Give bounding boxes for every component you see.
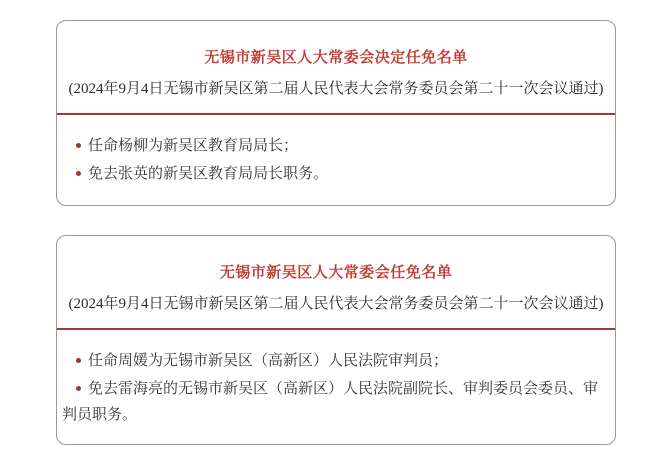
bullet-icon (76, 143, 81, 148)
list-item-text: 任命杨柳为新吴区教育局局长； (88, 137, 298, 154)
appointment-notice-card-2: 无锡市新吴区人大常委会任免名单 (2024年9月4日无锡市新吴区第二届人民代表大… (56, 235, 616, 445)
list-item-text: 免去雷海亮的无锡市新吴区（高新区）人民法院副院长、审判委员会委员、审判员职务。 (62, 380, 598, 423)
card-1-item-list: 任命杨柳为新吴区教育局局长； 免去张英的新吴区教育局局长职务。 (57, 133, 615, 187)
bullet-icon (76, 171, 81, 176)
bullet-icon (76, 358, 81, 363)
list-item: 任命杨柳为新吴区教育局局长； (62, 133, 601, 159)
card-2-subtitle: (2024年9月4日无锡市新吴区第二届人民代表大会常务委员会第二十一次会议通过) (65, 296, 607, 313)
appointment-notice-card-1: 无锡市新吴区人大常委会决定任免名单 (2024年9月4日无锡市新吴区第二届人民代… (56, 20, 616, 206)
list-item-text: 任命周媛为无锡市新吴区（高新区）人民法院审判员； (88, 352, 448, 369)
card-2-item-list: 任命周媛为无锡市新吴区（高新区）人民法院审判员； 免去雷海亮的无锡市新吴区（高新… (57, 348, 615, 428)
bullet-icon (76, 386, 81, 391)
page: 无锡市新吴区人大常委会决定任免名单 (2024年9月4日无锡市新吴区第二届人民代… (0, 0, 660, 473)
card-1-subtitle: (2024年9月4日无锡市新吴区第二届人民代表大会常务委员会第二十一次会议通过) (65, 81, 607, 98)
card-1-divider (57, 113, 615, 115)
card-1-title: 无锡市新吴区人大常委会决定任免名单 (57, 21, 615, 66)
card-2-title: 无锡市新吴区人大常委会任免名单 (57, 236, 615, 281)
list-item-text: 免去张英的新吴区教育局局长职务。 (88, 165, 328, 182)
list-item: 任命周媛为无锡市新吴区（高新区）人民法院审判员； (62, 348, 601, 374)
list-item: 免去张英的新吴区教育局局长职务。 (62, 161, 601, 187)
card-2-divider (57, 328, 615, 330)
list-item: 免去雷海亮的无锡市新吴区（高新区）人民法院副院长、审判委员会委员、审判员职务。 (62, 376, 601, 428)
